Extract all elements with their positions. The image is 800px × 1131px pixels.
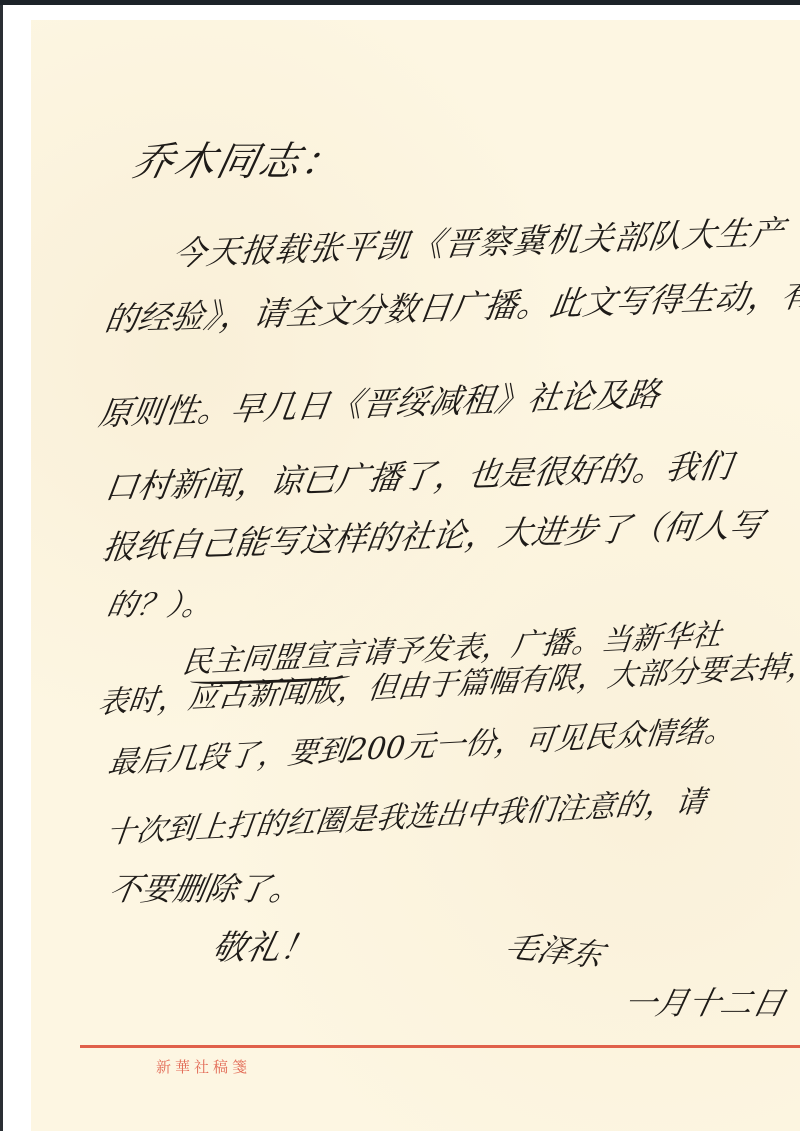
salutation: 乔木同志： xyxy=(128,130,350,187)
top-bar xyxy=(0,0,800,5)
left-edge-shadow xyxy=(0,5,3,1131)
letterhead-label: 新華社稿箋 xyxy=(156,1056,251,1077)
closing-salute: 敬礼！ xyxy=(208,920,320,969)
letterhead-red-rule xyxy=(80,1045,800,1048)
body-line-6: 的？）。 xyxy=(104,580,217,624)
date: 一月十二日 xyxy=(620,978,790,1024)
body-line-11: 不要删除了。 xyxy=(106,864,306,910)
signature: 毛泽东 xyxy=(500,921,610,976)
